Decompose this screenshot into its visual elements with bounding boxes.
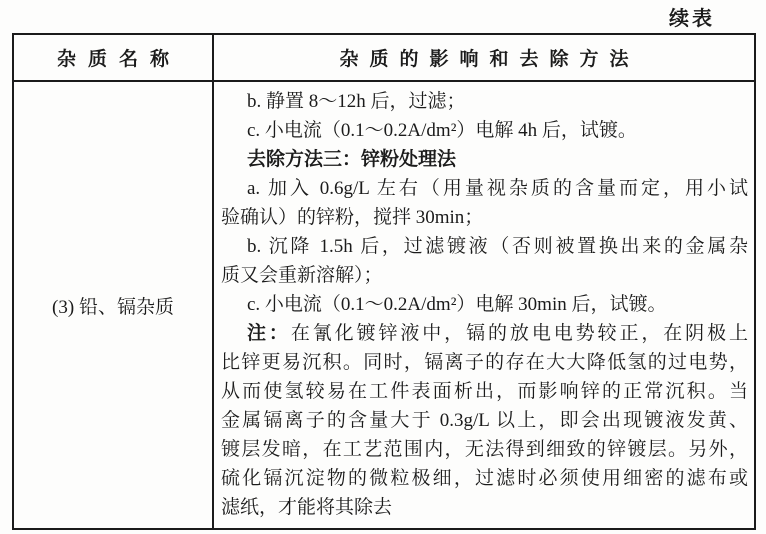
content-line: c. 小电流（0.1～0.2A/dm²）电解 4h 后，试镀。 (221, 116, 748, 145)
table-body-row: (3) 铅、镉杂质 b. 静置 8～12h 后，过滤； c. 小电流（0.1～0… (14, 82, 754, 528)
note-prefix: 注： (247, 323, 291, 344)
content-line: b. 沉降 1.5h 后，过滤镀液（否则被置换出来的金属杂 (221, 232, 748, 261)
content-line: 镀层发暗，在工艺范围内，无法得到细致的锌镀层。另外， (221, 435, 748, 464)
table-header-row: 杂质名称 杂质的影响和去除方法 (14, 35, 754, 82)
content-line: 验确认）的锌粉，搅拌 30min； (221, 203, 748, 232)
note-text: 在氰化镀锌液中，镉的放电电势较正，在阴极上 (291, 323, 748, 344)
content-line: 从而使氢较易在工件表面析出，而影响锌的正常沉积。当 (221, 377, 748, 406)
content-line-method-heading: 去除方法三：锌粉处理法 (221, 145, 748, 174)
impurity-name-cell: (3) 铅、镉杂质 (14, 82, 214, 528)
impurity-table: 杂质名称 杂质的影响和去除方法 (3) 铅、镉杂质 b. 静置 8～12h 后，… (12, 33, 756, 530)
impurity-content-cell: b. 静置 8～12h 后，过滤； c. 小电流（0.1～0.2A/dm²）电解… (214, 82, 754, 528)
content-line: a. 加入 0.6g/L 左右（用量视杂质的含量而定，用小试 (221, 174, 748, 203)
content-line: 质又会重新溶解）； (221, 261, 748, 290)
header-effect-and-removal: 杂质的影响和去除方法 (214, 35, 754, 80)
content-line: 滤纸，才能将其除去 (221, 493, 748, 522)
content-line-note: 注：在氰化镀锌液中，镉的放电电势较正，在阴极上 (221, 319, 748, 348)
content-line: c. 小电流（0.1～0.2A/dm²）电解 30min 后，试镀。 (221, 290, 748, 319)
continued-table-label: 续表 (669, 2, 715, 31)
content-line: b. 静置 8～12h 后，过滤； (221, 87, 748, 116)
header-impurity-name: 杂质名称 (14, 35, 214, 80)
content-line: 硫化镉沉淀物的微粒极细，过滤时必须使用细密的滤布或 (221, 464, 748, 493)
content-line: 金属镉离子的含量大于 0.3g/L 以上，即会出现镀液发黄、 (221, 406, 748, 435)
content-line: 比锌更易沉积。同时，镉离子的存在大大降低氢的过电势， (221, 348, 748, 377)
